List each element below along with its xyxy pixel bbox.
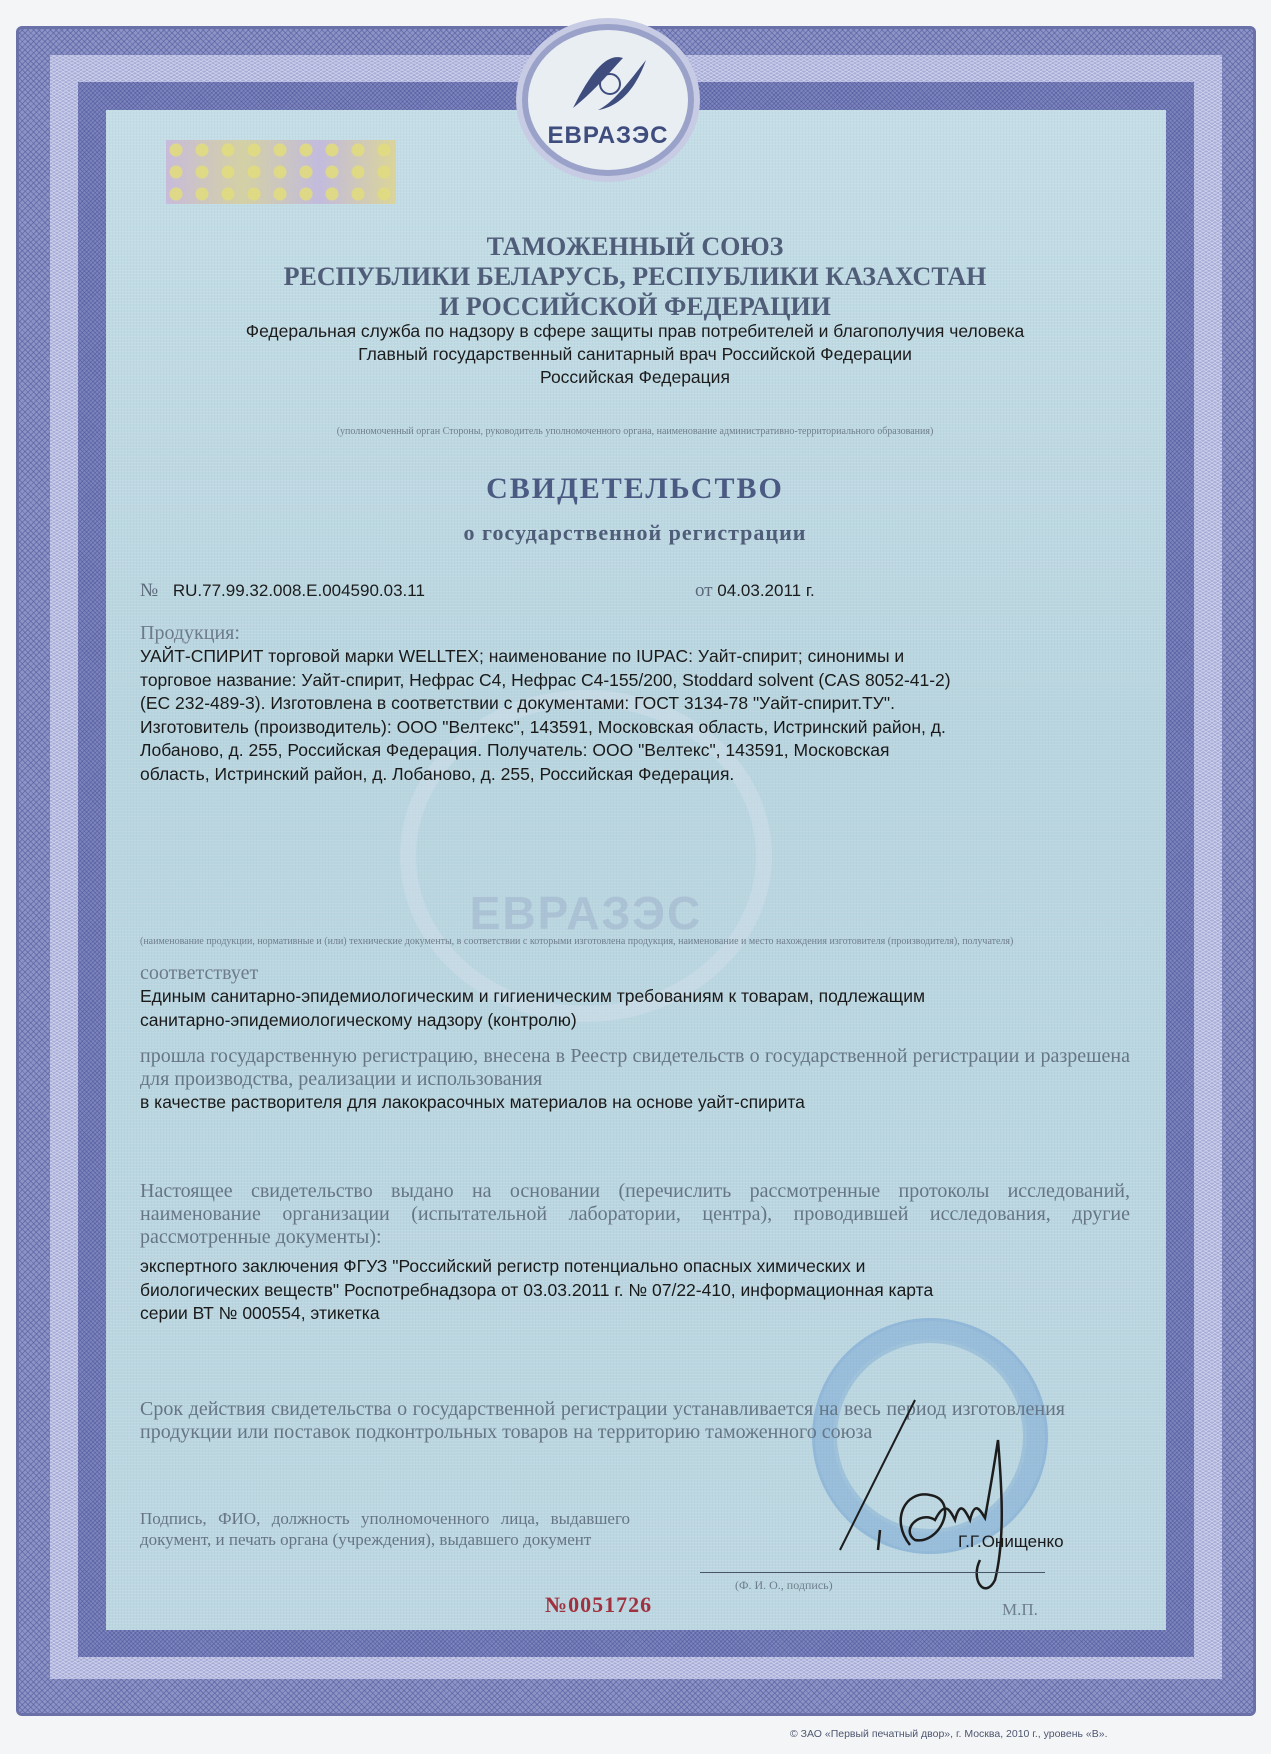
conformity-section: соответствует Единым санитарно-эпидемиол…: [140, 962, 1130, 1032]
basis-line: серии ВТ № 000554, этикетка: [140, 1302, 1130, 1326]
basis-statement: Настоящее свидетельство выдано на основа…: [140, 1180, 1130, 1249]
handwritten-signature-icon: [820, 1380, 1050, 1610]
basis-line: биологических веществ" Роспотребнадзора …: [140, 1279, 1130, 1303]
registration-usage: в качестве растворителя для лакокрасочны…: [140, 1091, 1130, 1115]
conformity-text: Единым санитарно-эпидемиологическим и ги…: [140, 985, 1130, 1032]
date-label: от: [695, 580, 713, 601]
authority-line: Федеральная служба по надзору в сфере за…: [140, 320, 1130, 343]
header-line: РЕСПУБЛИКИ БЕЛАРУСЬ, РЕСПУБЛИКИ КАЗАХСТА…: [140, 262, 1130, 292]
registration-statement: прошла государственную регистрацию, внес…: [140, 1045, 1130, 1091]
basis-documents: экспертного заключения ФГУЗ "Российский …: [140, 1255, 1130, 1326]
seal-place-mark: М.П.: [1002, 1600, 1038, 1620]
authority-line: Российская Федерация: [140, 366, 1130, 389]
product-description: УАЙТ-СПИРИТ торговой марки WELLTEX; наим…: [140, 645, 1130, 786]
evrazes-logo-icon: [568, 48, 648, 118]
hologram-strip: [166, 140, 396, 204]
signature-caption-left: Подпись, ФИО, должность уполномоченного …: [140, 1508, 630, 1550]
emblem-label: ЕВРАЗЭС: [528, 122, 688, 150]
document-title: СВИДЕТЕЛЬСТВО: [140, 472, 1130, 506]
registration-section: прошла государственную регистрацию, внес…: [140, 1045, 1130, 1115]
customs-union-header: ТАМОЖЕННЫЙ СОЮЗ РЕСПУБЛИКИ БЕЛАРУСЬ, РЕС…: [140, 232, 1130, 322]
product-line: Изготовитель (производитель): ООО "Велте…: [140, 716, 1130, 740]
printer-imprint: © ЗАО «Первый печатный двор», г. Москва,…: [790, 1728, 1108, 1740]
signer-name: Г.Г.Онищенко: [958, 1532, 1064, 1552]
evrazes-emblem: ЕВРАЗЭС: [528, 30, 688, 170]
certificate-number-row: № RU.77.99.32.008.Е.004590.03.11 от 04.0…: [140, 580, 1130, 604]
product-line: область, Истринский район, д. Лобаново, …: [140, 763, 1130, 787]
authority-caption: (уполномоченный орган Стороны, руководит…: [140, 426, 1130, 437]
header-line: ТАМОЖЕННЫЙ СОЮЗ: [140, 232, 1130, 262]
product-line: УАЙТ-СПИРИТ торговой марки WELLTEX; наим…: [140, 645, 1130, 669]
product-caption: (наименование продукции, нормативные и (…: [140, 936, 1130, 947]
product-section: Продукция: УАЙТ-СПИРИТ торговой марки WE…: [140, 622, 1130, 786]
basis-line: экспертного заключения ФГУЗ "Российский …: [140, 1255, 1130, 1279]
conformity-line: санитарно-эпидемиологическому надзору (к…: [140, 1009, 1130, 1033]
product-line: (ЕС 232-489-3). Изготовлена в соответств…: [140, 692, 1130, 716]
header-line: И РОССИЙСКОЙ ФЕДЕРАЦИИ: [140, 292, 1130, 322]
product-line: Лобаново, д. 255, Российская Федерация. …: [140, 739, 1130, 763]
signature-line-caption: (Ф. И. О., подпись): [735, 1578, 833, 1593]
conformity-line: Единым санитарно-эпидемиологическим и ги…: [140, 985, 1130, 1009]
number-label: №: [140, 580, 158, 601]
certificate-number: RU.77.99.32.008.Е.004590.03.11: [173, 581, 425, 600]
signature-line: [700, 1572, 1045, 1573]
conformity-label: соответствует: [140, 962, 1130, 985]
product-line: торговое название: Уайт-спирит, Нефрас С…: [140, 669, 1130, 693]
certificate-date: 04.03.2011 г.: [717, 581, 814, 600]
basis-section: Настоящее свидетельство выдано на основа…: [140, 1180, 1130, 1326]
certificate-date-group: от 04.03.2011 г.: [695, 580, 815, 602]
product-label: Продукция:: [140, 622, 1130, 645]
watermark-label: ЕВРАЗЭС: [416, 886, 756, 940]
authority-line: Главный государственный санитарный врач …: [140, 343, 1130, 366]
document-subtitle: о государственной регистрации: [140, 520, 1130, 546]
authority-block: Федеральная служба по надзору в сфере за…: [140, 320, 1130, 389]
form-serial-number: №0051726: [545, 1592, 652, 1618]
